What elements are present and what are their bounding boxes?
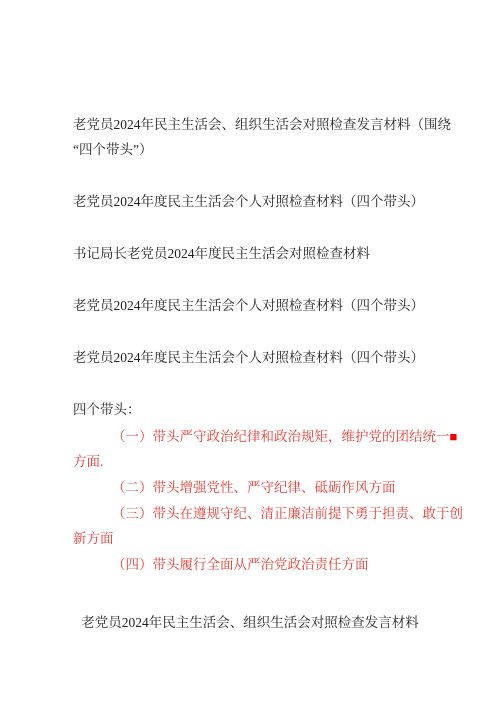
document-page: 老党员2024年民主生活会、组织生活会对照检查发言材料（围绕“四个带头”）老党员… [0,0,500,707]
text-line: 老党员2024年民主生活会、组织生活会对照检查发言材料（围绕 [73,112,427,137]
text-line: 老党员2024年度民主生活会个人对照检查材料（四个带头） [73,345,427,370]
four-leads-heading: 四个带头： [73,397,427,422]
title-paragraph: 老党员2024年度民主生活会个人对照检查材料（四个带头） [73,345,427,370]
title-paragraph: 老党员2024年民主生活会、组织生活会对照检查发言材料（围绕“四个带头”） [73,112,427,162]
title-paragraph: 老党员2024年度民主生活会个人对照检查材料（四个带头） [73,293,427,318]
bottom-title: 老党员2024年民主生活会、组织生活会对照检查发言材料 [73,610,427,635]
four-leads-item: （二）带头增强党性、严守纪律、砥砺作风方面 [73,475,427,500]
text-line: 老党员2024年度民主生活会个人对照检查材料（四个带头） [73,189,427,214]
text-line: 方面. [73,449,427,474]
four-leads-item: （三）带头在遵规守纪、清正廉洁前提下勇于担责、敢于创新方面 [73,501,427,551]
four-leads-item: （四）带头履行全面从严治党政治责任方面 [73,552,427,577]
text-line: （二）带头增强党性、严守纪律、砥砺作风方面 [73,475,427,500]
text-line: “四个带头”） [73,137,427,162]
four-leads-item: （一）带头严守政治纪律和政治规矩，维护党的团结统一■方面. [73,424,427,474]
text-line: 书记局长老党员2024年度民主生活会对照检查材料 [73,241,427,266]
text-line: 新方面 [73,526,427,551]
four-leads-list: （一）带头严守政治纪律和政治规矩，维护党的团结统一■方面.（二）带头增强党性、严… [73,424,427,577]
text-line: 老党员2024年度民主生活会个人对照检查材料（四个带头） [73,293,427,318]
title-list: 老党员2024年民主生活会、组织生活会对照检查发言材料（围绕“四个带头”）老党员… [73,112,427,370]
text-line: （四）带头履行全面从严治党政治责任方面 [73,552,427,577]
redacted-block: ■ [450,429,458,444]
text-line: （一）带头严守政治纪律和政治规矩，维护党的团结统一■ [73,424,427,449]
title-paragraph: 老党员2024年度民主生活会个人对照检查材料（四个带头） [73,189,427,214]
title-paragraph: 书记局长老党员2024年度民主生活会对照检查材料 [73,241,427,266]
document-content: 老党员2024年民主生活会、组织生活会对照检查发言材料（围绕“四个带头”）老党员… [0,0,500,635]
text-line: （三）带头在遵规守纪、清正廉洁前提下勇于担责、敢于创 [73,501,427,526]
